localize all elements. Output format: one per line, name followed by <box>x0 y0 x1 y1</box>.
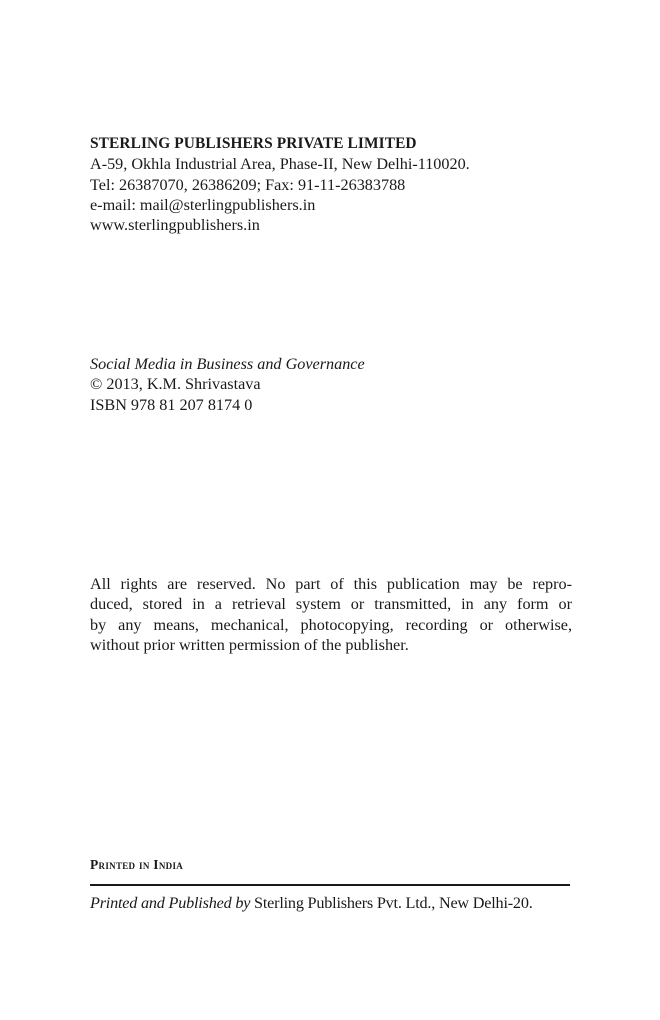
publisher-address: A-59, Okhla Industrial Area, Phase-II, N… <box>90 154 470 174</box>
publisher-email: e-mail: mail@sterlingpublishers.in <box>90 195 470 215</box>
rights-line: duced, stored in a retrieval system or t… <box>90 594 572 614</box>
book-copyright: © 2013, K.M. Shrivastava <box>90 374 365 394</box>
printed-in-label: Printed in India <box>90 857 183 873</box>
publisher-website: www.sterlingpublishers.in <box>90 215 470 235</box>
book-isbn: ISBN 978 81 207 8174 0 <box>90 395 365 415</box>
publisher-name: STERLING PUBLISHERS PRIVATE LIMITED <box>90 134 470 154</box>
book-info: Social Media in Business and Governance … <box>90 354 365 415</box>
rights-line: All rights are reserved. No part of this… <box>90 574 572 594</box>
imprint-publisher: Sterling Publishers Pvt. Ltd., New Delhi… <box>250 894 532 912</box>
book-title: Social Media in Business and Governance <box>90 354 365 374</box>
imprint-italic: Printed and Published by <box>90 894 250 912</box>
rights-notice: All rights are reserved. No part of this… <box>90 574 572 655</box>
divider <box>90 884 570 886</box>
rights-line: without prior written permission of the … <box>90 635 572 655</box>
rights-line: by any means, mechanical, photocopying, … <box>90 615 572 635</box>
imprint-line: Printed and Published by Sterling Publis… <box>90 894 570 913</box>
publisher-info: STERLING PUBLISHERS PRIVATE LIMITED A-59… <box>90 134 470 235</box>
publisher-phone: Tel: 26387070, 26386209; Fax: 91-11-2638… <box>90 175 470 195</box>
